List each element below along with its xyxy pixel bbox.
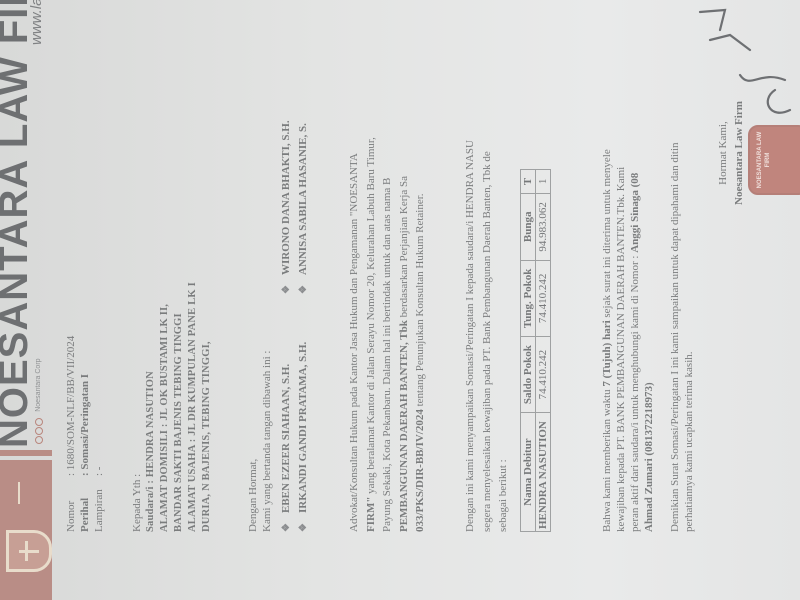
letterhead-accent-bar [0,450,52,456]
diamond-bullet-icon: ❖ [296,285,312,294]
circle-icon [35,418,43,426]
handwritten-signature-icon [690,0,800,130]
letterhead-red-band [0,460,52,600]
domicile-address-2: BANDAR SAKTI BAJENIS TEBING TINGGI [172,282,186,532]
nomor-value: : 1680/SOM-NLF/BB/VII/2024 [65,336,77,476]
signatory: ❖ANNISA SABILA HASANIE, S. [295,120,312,294]
column-header: Bunga [521,194,536,261]
letterhead-divider [18,482,20,504]
table-header-row: Nama Debitur Saldo Pokok Tung. Pokok Bun… [521,169,536,531]
firm-name: NOESANTARA LAW FIRM [0,0,37,448]
signatory: ❖EBEN EZEER SIAHAAN, S.H. [278,342,295,532]
perihal-label: Perihal [78,476,92,532]
circle-icon [35,427,43,435]
domicile-address-1: ALAMAT DOMISILI : JL OK BUSTAMI LK II, [158,282,172,532]
perihal-value: : Somasi/Peringatan I [79,374,91,476]
column-header: Saldo Pokok [521,337,536,413]
paragraph-mandate: Advokat/Konsultan Hukum pada Kantor Jasa… [346,0,429,532]
saldo-pokok-cell: 74.410.242 [536,337,551,413]
signatory: ❖WIRONO DANA BHAKTI, S.H. [278,120,295,294]
lampiran-value: : - [93,467,105,476]
paragraph-notice: Dengan ini kami menyampaikan Somasi/Peri… [462,0,512,532]
kepada-label: Kepada Yth : [130,282,144,532]
debt-table: Nama Debitur Saldo Pokok Tung. Pokok Bun… [520,169,551,532]
debtor-name-cell: HENDRA NASUTION [536,413,551,532]
contact-number: Ahmad Zumari (081372218973) [642,0,656,532]
recipient-name: Saudara/i : HENDRA NASUTION [144,282,158,532]
diamond-bullet-icon: ❖ [296,523,312,532]
letter-meta: Nomor: 1680/SOM-NLF/BB/VII/2024 Perihal:… [64,336,106,532]
business-address-2: DURIA, N BAJENIS, TEBING TINGGI, [200,282,214,532]
signatory: ❖IRKANDI GANDI PRATAMA, S.H. [295,342,312,532]
bunga-cell: 94.983.062 [536,194,551,261]
diamond-bullet-icon: ❖ [279,285,295,294]
intro-line: Kami yang bertanda tangan dibawah ini : [260,351,274,532]
nomor-label: Nomor [64,476,78,532]
firm-website: www.law-firm.noesantara [28,0,45,45]
tagline-row: Noesantara Corp [34,358,43,444]
diamond-bullet-icon: ❖ [279,523,295,532]
truncated-cell: 1 [536,169,551,193]
column-header: T [521,169,536,193]
table-row: HENDRA NASUTION 74.410.242 74.410.242 94… [536,169,551,531]
circle-icon [35,436,43,444]
business-address-1: ALAMAT USAHA : JL DR KUMPULAN PANE LK I [186,282,200,532]
letter-page: NOESANTARA LAW FIRM Noesantara Corp www.… [0,0,800,600]
tung-pokok-cell: 74.410.242 [536,260,551,337]
column-header: Tung. Pokok [521,260,536,337]
lampiran-label: Lampiran [92,476,106,532]
salutation: Dengan Hormat, [246,351,260,532]
greeting-block: Dengan Hormat, Kami yang bertanda tangan… [246,351,274,532]
recipient-block: Kepada Yth : Saudara/i : HENDRA NASUTION… [130,282,214,532]
company-stamp: NOESANTARA LAW FIRM [748,125,800,195]
column-header: Nama Debitur [521,413,536,532]
scales-shield-icon [6,530,52,572]
tagline: Noesantara Corp [35,358,42,411]
paragraph-deadline: Bahwa kami memberikan waktu 7 (Tujuh) ha… [600,0,656,532]
